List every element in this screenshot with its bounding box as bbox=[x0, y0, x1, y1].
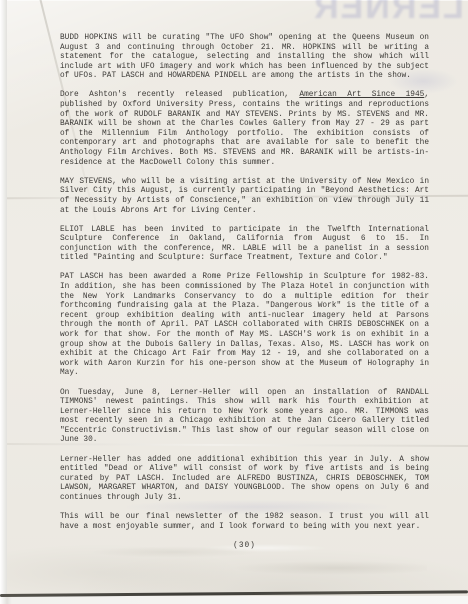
scanned-newsletter-page: LERNER BUDD HOPKINS will be curating "Th… bbox=[7, 0, 468, 596]
document-body: BUDD HOPKINS will be curating "The UFO S… bbox=[60, 34, 429, 551]
paragraph: Lerner-Heller has added one additional e… bbox=[60, 456, 429, 504]
paragraph: MAY STEVENS, who will be a visiting arti… bbox=[60, 178, 429, 216]
reverse-page-showthrough-text: LERNER bbox=[312, 0, 464, 27]
paragraph: ELIOT LABLE has been invited to particip… bbox=[60, 226, 429, 264]
paragraph: This will be our final newsletter of the… bbox=[60, 513, 429, 532]
page-number: (30) bbox=[60, 542, 429, 552]
paragraph: Dore Ashton's recently released publicat… bbox=[60, 91, 429, 168]
paragraph: BUDD HOPKINS will be curating "The UFO S… bbox=[60, 34, 429, 82]
paragraph: PAT LASCH has been awarded a Rome Prize … bbox=[60, 273, 429, 379]
paragraph: On Tuesday, June 8, Lerner-Heller will o… bbox=[60, 389, 429, 447]
underlined-title: American Art Since 1945 bbox=[299, 91, 424, 99]
